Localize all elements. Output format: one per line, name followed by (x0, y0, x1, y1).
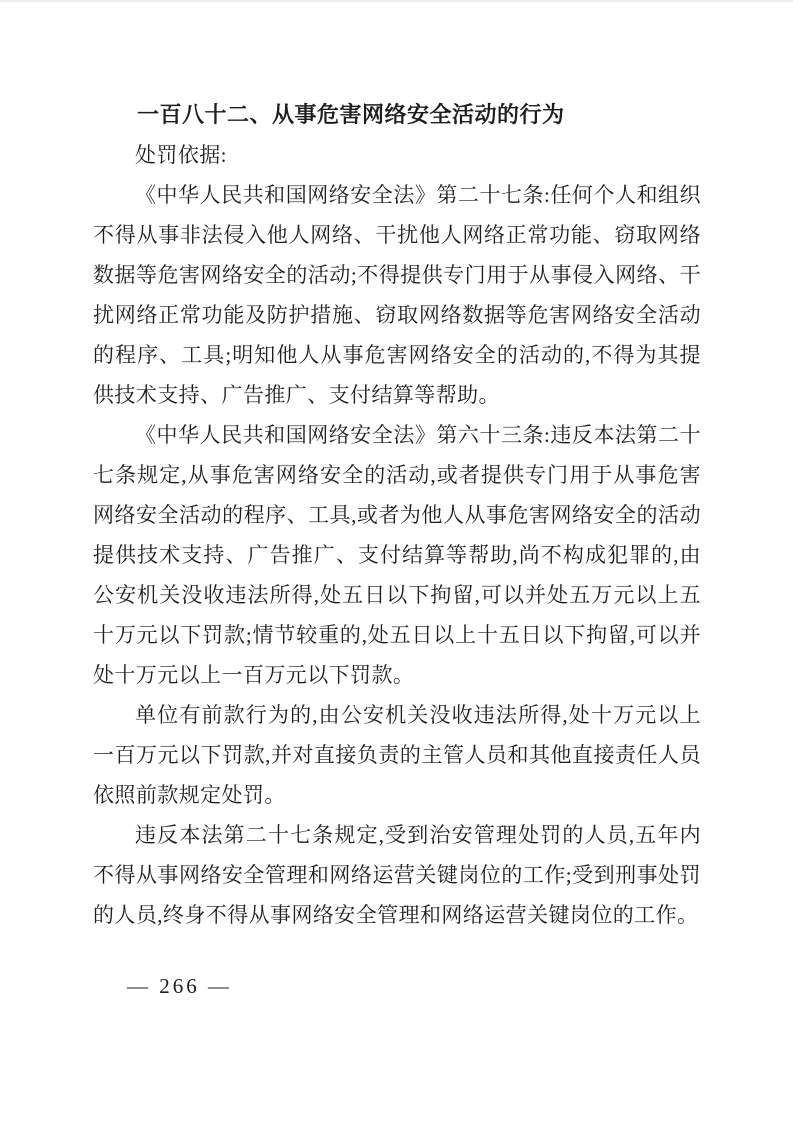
scan-edge-line (0, 0, 793, 2)
page-number: — 266 — (127, 966, 232, 1006)
paragraph-unit-penalty: 单位有前款行为的,由公安机关没收违法所得,处十万元以上一百万元以下罚款,并对直接… (93, 695, 701, 815)
page-content: 一百八十二、从事危害网络安全活动的行为 处罚依据: 《中华人民共和国网络安全法》… (93, 95, 701, 935)
section-heading: 一百八十二、从事危害网络安全活动的行为 (93, 95, 701, 135)
paragraph-employment-ban: 违反本法第二十七条规定,受到治安管理处罚的人员,五年内不得从事网络安全管理和网络… (93, 815, 701, 935)
book-page: 一百八十二、从事危害网络安全活动的行为 处罚依据: 《中华人民共和国网络安全法》… (0, 0, 793, 1122)
paragraph-law-article-27: 《中华人民共和国网络安全法》第二十七条:任何个人和组织不得从事非法侵入他人网络、… (93, 175, 701, 415)
paragraph-law-article-63: 《中华人民共和国网络安全法》第六十三条:违反本法第二十七条规定,从事危害网络安全… (93, 415, 701, 695)
body-text: 处罚依据: 《中华人民共和国网络安全法》第二十七条:任何个人和组织不得从事非法侵… (93, 135, 701, 935)
penalty-basis-label: 处罚依据: (93, 135, 701, 175)
